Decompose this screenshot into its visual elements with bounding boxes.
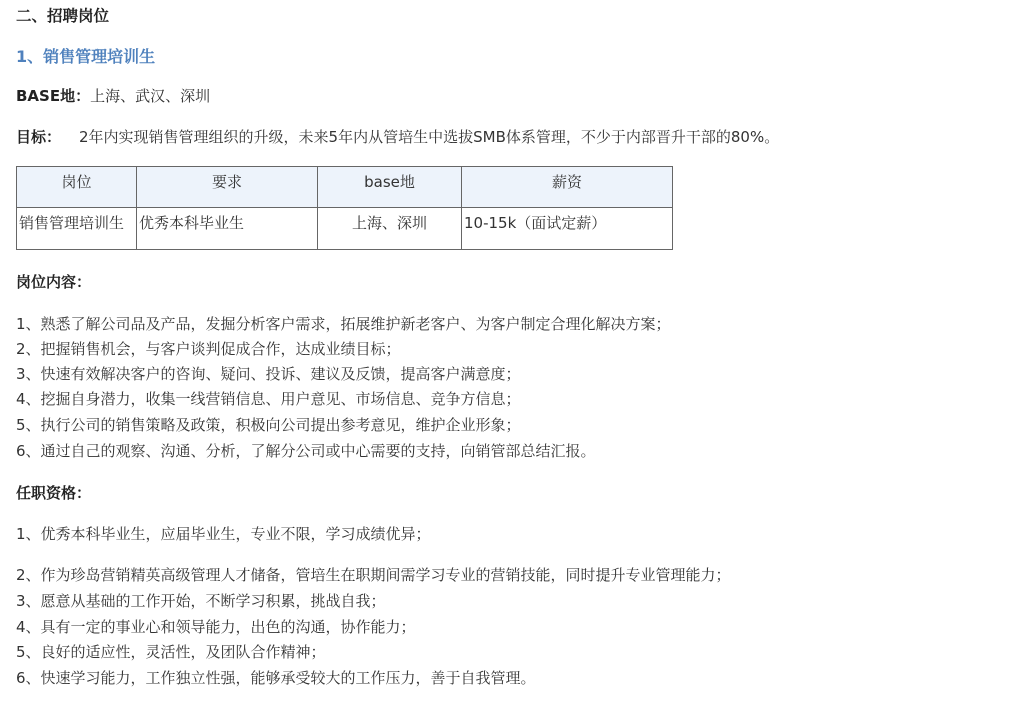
qualification-item: 6、快速学习能力，工作独立性强，能够承受较大的工作压力，善于自我管理。	[16, 668, 536, 688]
qualification-item: 4、具有一定的事业心和领导能力，出色的沟通，协作能力；	[16, 617, 416, 637]
section-title: 二、招聘岗位	[16, 4, 109, 26]
target-label: 目标：	[16, 128, 61, 146]
base-location-line: BASE地：上海、武汉、深圳	[16, 86, 210, 106]
duties-heading: 岗位内容：	[16, 272, 91, 292]
base-label: BASE地：	[16, 87, 90, 105]
duty-item: 2、把握销售机会，与客户谈判促成合作，达成业绩目标；	[16, 339, 401, 359]
table-header-position: 岗位	[17, 167, 137, 208]
duty-item: 6、通过自己的观察、沟通、分析，了解分公司或中心需要的支持，向销管部总结汇报。	[16, 441, 596, 461]
qualification-item: 2、作为珍岛营销精英高级管理人才储备，管培生在职期间需学习专业的营销技能，同时提…	[16, 565, 731, 585]
table-cell-position: 销售管理培训生	[17, 208, 137, 250]
table-header-row: 岗位 要求 base地 薪资	[17, 167, 673, 208]
table-header-base: base地	[318, 167, 462, 208]
target-value: 2年内实现销售管理组织的升级，未来5年内从管培生中选拔SMB体系管理，不少于内部…	[79, 128, 779, 146]
job-title: 1、销售管理培训生	[16, 44, 155, 67]
qualification-item: 5、良好的适应性，灵活性，及团队合作精神；	[16, 642, 326, 662]
table-cell-requirement: 优秀本科毕业生	[137, 208, 318, 250]
table-header-salary: 薪资	[462, 167, 673, 208]
target-line: 目标：2年内实现销售管理组织的升级，未来5年内从管培生中选拔SMB体系管理，不少…	[16, 127, 779, 147]
qualification-item: 3、愿意从基础的工作开始，不断学习积累，挑战自我；	[16, 591, 386, 611]
duty-item: 3、快速有效解决客户的咨询、疑问、投诉、建议及反馈，提高客户满意度；	[16, 364, 521, 384]
table-header-requirement: 要求	[137, 167, 318, 208]
duty-item: 5、执行公司的销售策略及政策，积极向公司提出参考意见，维护企业形象；	[16, 415, 521, 435]
duty-item: 1、熟悉了解公司品及产品，发掘分析客户需求，拓展维护新老客户、为客户制定合理化解…	[16, 314, 671, 334]
qualifications-heading: 任职资格：	[16, 483, 91, 503]
qualification-item: 1、优秀本科毕业生，应届毕业生，专业不限，学习成绩优异；	[16, 524, 431, 544]
table-row: 销售管理培训生 优秀本科毕业生 上海、深圳 10-15k（面试定薪）	[17, 208, 673, 250]
table-cell-salary: 10-15k（面试定薪）	[462, 208, 673, 250]
table-cell-base: 上海、深圳	[318, 208, 462, 250]
base-value: 上海、武汉、深圳	[90, 87, 210, 105]
duty-item: 4、挖掘自身潜力，收集一线营销信息、用户意见、市场信息、竞争方信息；	[16, 389, 521, 409]
job-table: 岗位 要求 base地 薪资 销售管理培训生 优秀本科毕业生 上海、深圳 10-…	[16, 166, 673, 250]
